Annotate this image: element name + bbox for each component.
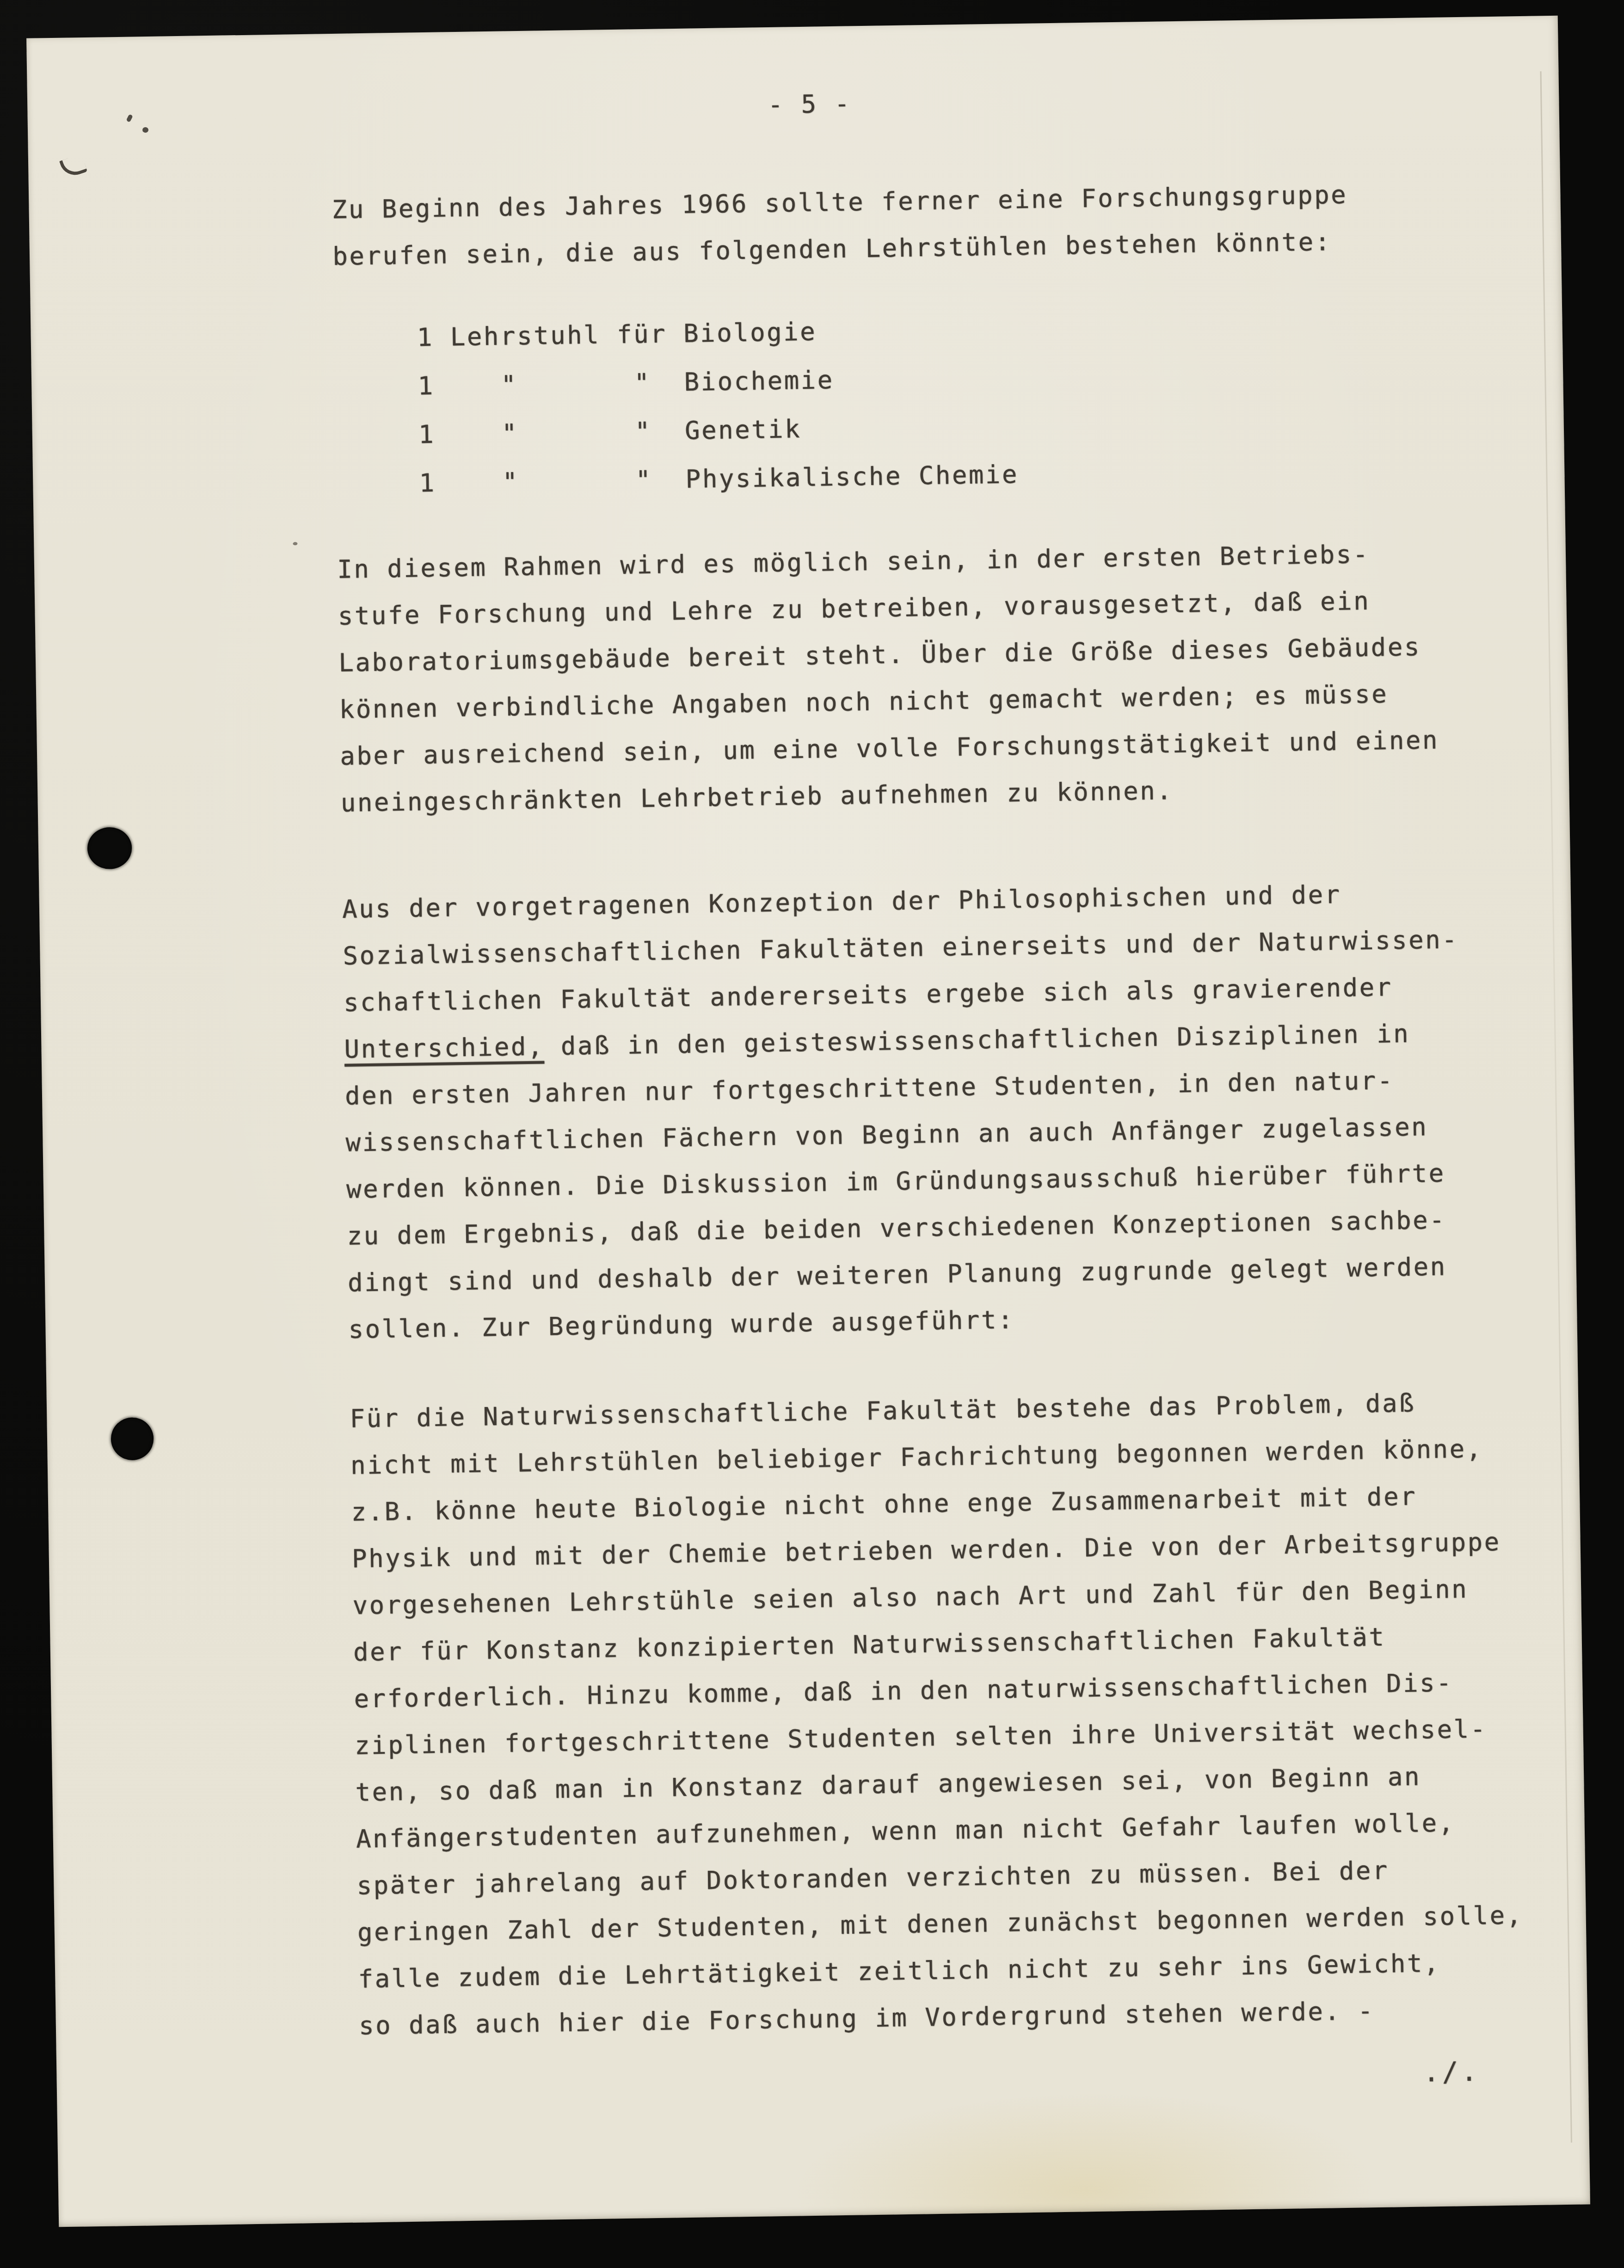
- continuation-mark: ./.: [1423, 2055, 1480, 2089]
- paragraph-naturwissenschaft: Für die Naturwissenschaftliche Fakultät …: [350, 1378, 1525, 2049]
- ink-speck: [126, 114, 133, 122]
- chair-list-row-physikalische-chemie: 1 " " Physikalische Chemie: [336, 460, 1019, 499]
- paragraph-intro: Zu Beginn des Jahres 1966 sollte ferner …: [332, 171, 1348, 280]
- document-page: - 5 - Zu Beginn des Jahres 1966 sollte f…: [26, 16, 1590, 2227]
- chair-list-row-biologie: 1 Lehrstuhl für Biologie: [333, 317, 817, 353]
- paper-speck: [293, 542, 297, 545]
- pen-squiggle-mark: [59, 154, 88, 179]
- paragraph-konzeption: Aus der vorgetragenen Konzeption der Phi…: [342, 869, 1464, 1353]
- chair-list-row-genetik: 1 " " Genetik: [335, 414, 801, 450]
- ink-speck: [142, 127, 148, 133]
- scan-background: - 5 - Zu Beginn des Jahres 1966 sollte f…: [0, 0, 1624, 2268]
- paragraph-konzeption-part1: Aus der vorgetragenen Konzeption der Phi…: [342, 880, 1459, 1017]
- punch-hole-bottom: [111, 1417, 154, 1460]
- paragraph-rahmen: In diesem Rahmen wird es möglich sein, i…: [337, 530, 1439, 826]
- chair-list-row-biochemie: 1 " " Biochemie: [334, 365, 834, 402]
- punch-hole-top: [87, 827, 132, 869]
- paragraph-konzeption-part2: daß in den geisteswissenschaftlichen Dis…: [345, 1019, 1447, 1344]
- chair-list: 1 Lehrstuhl für Biologie 1 " " Biochemie…: [333, 304, 1019, 509]
- page-number: - 5 -: [768, 90, 851, 119]
- paper-crease-line: [1540, 71, 1572, 2143]
- underlined-word-unterschied: Unterschied,: [344, 1032, 544, 1063]
